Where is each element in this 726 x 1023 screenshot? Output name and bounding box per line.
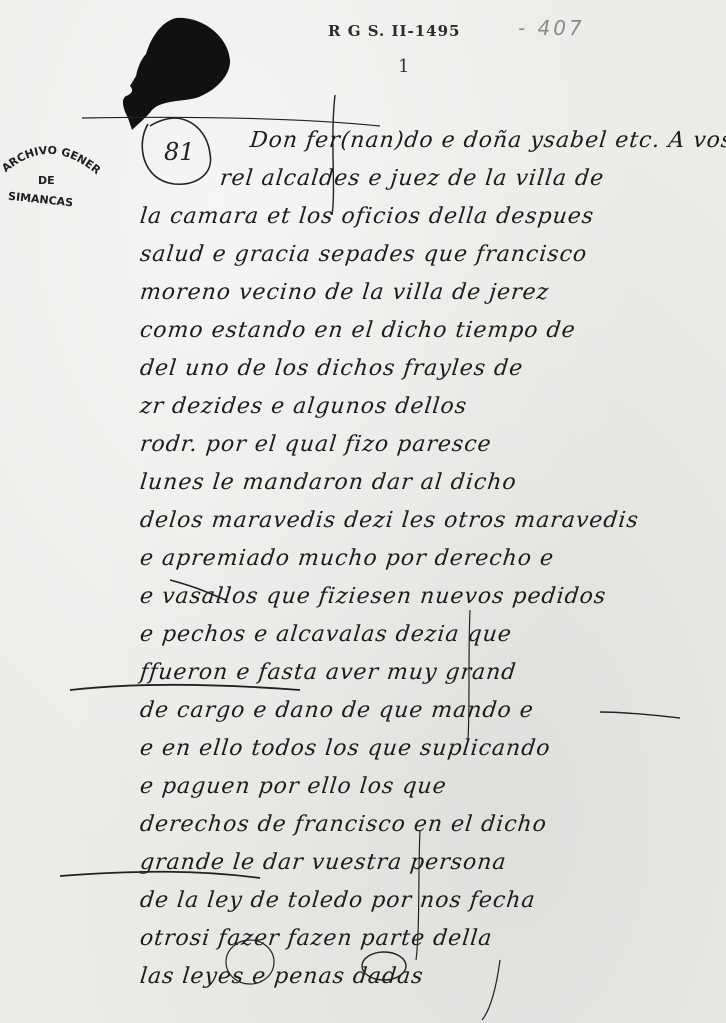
manuscript-line: grande le dar vuestra persona bbox=[139, 850, 508, 875]
manuscript-line: e pechos e alcavalas dezia que bbox=[139, 622, 513, 647]
manuscript-line: derechos de francisco en el dicho bbox=[139, 812, 549, 837]
manuscript-line: rodr. por el qual fizo paresce bbox=[139, 432, 493, 457]
manuscript-line: de la ley de toledo por nos fecha bbox=[139, 888, 537, 913]
manuscript-line: e en ello todos los que suplicando bbox=[139, 736, 552, 761]
manuscript-line: moreno vecino de la villa de jerez bbox=[139, 280, 551, 305]
margin-number: 81 bbox=[136, 114, 226, 194]
stamp-line-1: ARCHIVO GENERAL bbox=[0, 140, 100, 177]
manuscript-line: del uno de los dichos frayles de bbox=[139, 356, 525, 381]
manuscript-line: de cargo e dano de que mando e bbox=[139, 698, 535, 723]
manuscript-line: ffueron e fasta aver muy grand bbox=[139, 660, 518, 685]
folio-number: - 407 bbox=[518, 16, 585, 40]
stamp-line-2: DE bbox=[38, 174, 55, 187]
sheet-number: 1 bbox=[398, 56, 409, 77]
manuscript-line: e apremiado mucho por derecho e bbox=[139, 546, 556, 571]
catalog-reference: R G S. II-1495 bbox=[328, 22, 460, 40]
manuscript-line: zr dezides e algunos dellos bbox=[139, 394, 469, 419]
manuscript-line: como estando en el dicho tiempo de bbox=[139, 318, 577, 343]
manuscript-page: R G S. II-1495 - 407 1 ARCHIVO GENERAL D… bbox=[0, 0, 726, 1023]
manuscript-line: Don fer(nan)do e doña ysabel etc. A vos bbox=[249, 128, 726, 153]
manuscript-line: otrosi fazer fazen parte della bbox=[139, 926, 494, 951]
manuscript-line: las leyes e penas dadas bbox=[139, 964, 425, 989]
svg-text:81: 81 bbox=[164, 138, 195, 166]
stamp-line-3: SIMANCAS bbox=[7, 190, 73, 210]
manuscript-line: e paguen por ello los que bbox=[139, 774, 448, 799]
manuscript-line: rel alcaldes e juez de la villa de bbox=[219, 166, 606, 191]
archive-stamp: ARCHIVO GENERAL DE SIMANCAS bbox=[0, 140, 100, 220]
manuscript-line: e vasallos que fiziesen nuevos pedidos bbox=[139, 584, 608, 609]
manuscript-line: lunes le mandaron dar al dicho bbox=[139, 470, 518, 495]
manuscript-line: salud e gracia sepades que francisco bbox=[139, 242, 589, 267]
manuscript-line: delos maravedis dezi les otros maravedis bbox=[139, 508, 640, 533]
manuscript-line: la camara et los oficios della despues bbox=[139, 204, 596, 229]
